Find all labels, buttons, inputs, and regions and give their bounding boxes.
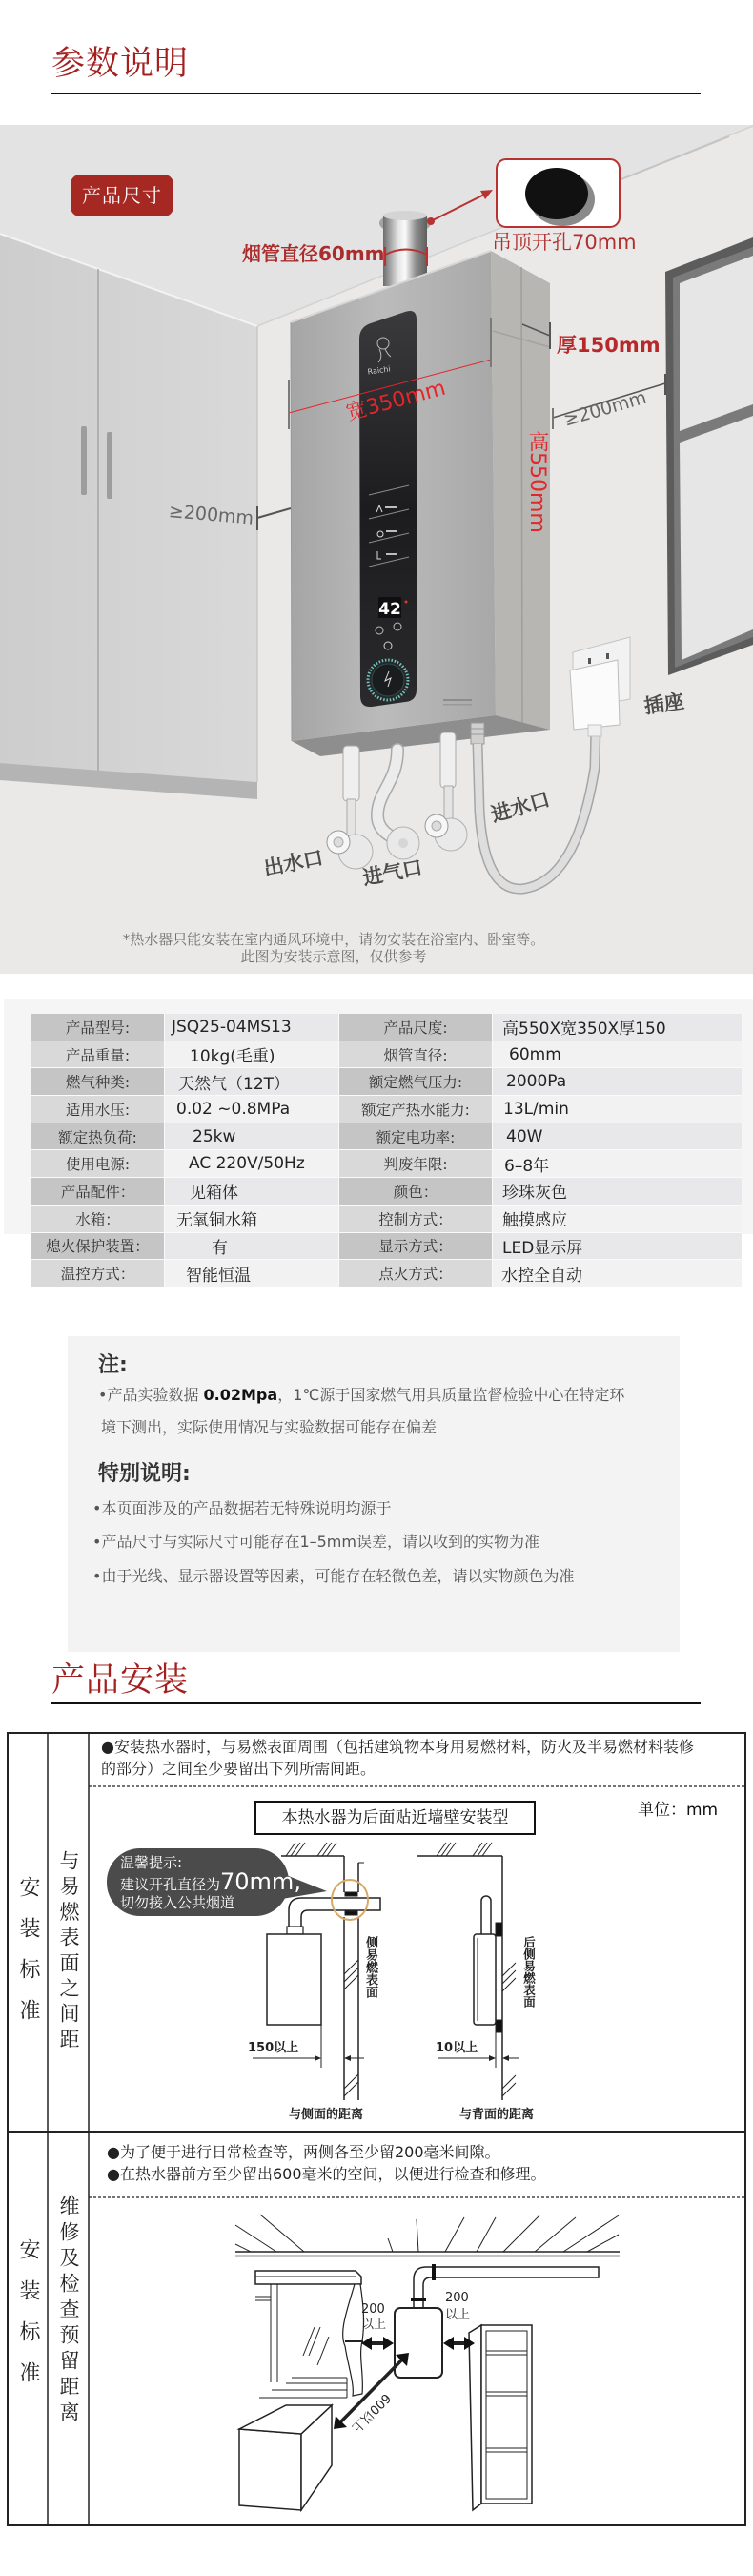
flue-pipe-rear [481,1896,491,1934]
side-distance-caption: 与侧面的距离 [288,2109,364,2121]
spec-value: 6–8年 [493,1150,742,1177]
illustration-caption-line-2: 此图为安装示意图，仅供参考 [48,948,620,965]
special-note-item: •由于光线、显示器设置等因素，可能存在轻微色差，请以实物颜色为准 [92,1566,574,1587]
spec-value: AC 220V/50Hz [165,1150,338,1177]
spec-value: 13L/min [493,1096,742,1123]
spec-label: 额定热负荷: [31,1123,164,1150]
spec-value: 有 [165,1233,338,1260]
note-line-1: •产品实验数据 0.02Mpa，1℃源于国家燃气用具质量监督检验中心在特定环 [98,1385,624,1406]
spec-label: 烟管直径: [339,1041,492,1068]
spec-label: 使用电源: [31,1150,164,1177]
spec-value: 无氧铜水箱 [165,1206,338,1232]
note-line-2: 境下测出，实际使用情况与实验数据可能存在偏差 [101,1417,437,1438]
side-flammable-surface-label: 侧易燃表面 [364,1936,376,1998]
install-topic-label: 维修及检查预留距离 [58,2195,78,2427]
spec-value: 10kg(毛重) [165,1041,338,1068]
tip-line-1-text: 建议开孔直径为 [120,1876,220,1893]
spec-label: 产品尺度: [339,1014,492,1041]
note-heading: 注: [98,1353,128,1378]
install-row1-text-line: 的部分）之间至少要留出下列所需间距。 [101,1758,376,1780]
spec-value: 0.02 ~0.8MPa [165,1096,338,1123]
install-row1-text-line: ●安装热水器时，与易燃表面周围（包括建筑物本身用易燃材料，防火及半易燃材料装修 [101,1736,694,1758]
cabinet-handle-right [107,432,112,499]
heater-side-outline [474,1934,496,2025]
heater-front-outline [267,1934,321,2025]
spec-label: 判废年限: [339,1150,492,1177]
side-distance-value: 150以上 [248,2042,298,2054]
right-clearance-suffix: 以上 [445,2309,470,2321]
unit-label: 单位：mm [638,1801,718,1820]
window [665,237,753,675]
special-notes-heading: 特别说明: [98,1462,191,1487]
install-category-label: 安装标准 [17,1876,38,2040]
spec-value: 珍珠灰色 [493,1178,742,1205]
rear-distance-value: 10以上 [436,2042,478,2054]
illustration-caption-line-1: *热水器只能安装在室内通风环境中，请勿安装在浴室内、卧室等。 [48,931,620,948]
spec-value: 天然气（12T） [165,1068,338,1095]
power-plug [570,660,620,730]
spec-value: 25kw [165,1123,338,1150]
note-line-1-prefix: •产品实验数据 [98,1386,204,1404]
left-clearance-suffix: 以上 [361,2318,386,2331]
thickness-label: 厚150mm [557,336,661,356]
socket-label: 插座 [643,691,686,717]
service-heater-outline [395,2308,442,2378]
spec-value: 见箱体 [165,1178,338,1205]
spec-value: JSQ25-04MS13 [165,1014,338,1041]
spec-label: 产品重量: [31,1041,164,1068]
ceiling-hole-icon [525,168,588,219]
rear-flammable-surface-label: 后侧易燃表面 [522,1936,535,2008]
spec-label: 熄火保护装置： [31,1233,164,1260]
special-note-item: •产品尺寸与实际尺寸可能存在1–5mm误差，请以收到的实物为准 [92,1532,539,1553]
spec-label: 额定燃气压力: [339,1068,492,1095]
install-topic-label: 与易燃表面之间距 [58,1850,78,2054]
front-obstacle-box [239,2405,332,2510]
spec-value: 智能恒温 [165,1260,338,1287]
params-title-divider [51,93,701,94]
spec-label: 适用水压: [31,1096,164,1123]
flue-diameter-label: 烟管直径60mm [242,244,385,263]
tip-line-1: 建议开孔直径为70mm, [120,1869,301,1897]
note-line-1-suffix: ，1℃源于国家燃气用具质量监督检验中心在特定环 [277,1386,624,1404]
water-heater: Raichi 42 [291,251,550,756]
service-flue-pipe [414,2267,599,2308]
spec-value: 触摸感应 [493,1206,742,1232]
install-row2-text-line: ●在热水器前方至少留出600毫米的空间，以便进行检查和修理。 [107,2163,546,2185]
spec-label: 水箱： [31,1206,164,1232]
ceiling-hole-label: 吊顶开孔70mm [492,233,637,253]
spec-value: 2000Pa [493,1068,742,1095]
spec-value: LED显示屏 [493,1233,742,1260]
product-size-badge: 产品尺寸 [71,175,173,216]
install-row2-text-line: ●为了便于进行日常检查等，两侧各至少留200毫米间隙。 [107,2141,500,2163]
spec-label: 产品配件： [31,1178,164,1205]
spec-value: 40W [493,1123,742,1150]
spec-label: 颜色： [339,1178,492,1205]
led-temperature: 42 [378,600,401,619]
mount-type-label: 本热水器为后面贴近墙壁安装型 [255,1802,535,1834]
install-section-title: 产品安装 [51,1661,189,1700]
height-label: 高550mm [526,431,547,533]
install-title-divider [51,1702,701,1704]
rear-clearance-diagram [417,1843,519,2100]
special-note-item: •本页面涉及的产品数据若无特殊说明均源于 [92,1498,391,1519]
install-category-label: 安装标准 [17,2238,38,2402]
side-shelf [469,2325,532,2510]
note-line-1-bold-value: 0.02Mpa [204,1386,278,1404]
notes-panel [68,1336,680,1652]
right-clearance-value: 200 [445,2292,469,2304]
spec-label: 额定电功率: [339,1123,492,1150]
spec-label: 温控方式： [31,1260,164,1287]
spec-label: 显示方式： [339,1233,492,1260]
spec-label: 点火方式： [339,1260,492,1287]
left-clearance-value: 200 [361,2303,385,2316]
rear-distance-caption: 与背面的距离 [458,2109,535,2121]
params-section-title: 参数说明 [51,45,189,83]
tip-line-2: 切勿接入公共烟道 [120,1894,234,1911]
service-clearance-diagram [235,2215,620,2510]
spec-label: 额定产热水能力: [339,1096,492,1123]
spec-label: 控制方式： [339,1206,492,1232]
spec-value: 水控全自动 [493,1260,742,1287]
spec-label: 产品型号: [31,1014,164,1041]
spec-label: 燃气种类: [31,1068,164,1095]
tip-hole-diameter: 70mm, [220,1868,301,1895]
window-with-curtain [255,2271,363,2398]
spec-value: 60mm [493,1041,742,1068]
cabinet-handle-left [81,426,87,495]
spec-value: 高550X宽350X厚150 [493,1014,742,1041]
spec-table: 产品型号: JSQ25-04MS13 产品尺度: 高550X宽350X厚150 … [31,1014,742,1287]
